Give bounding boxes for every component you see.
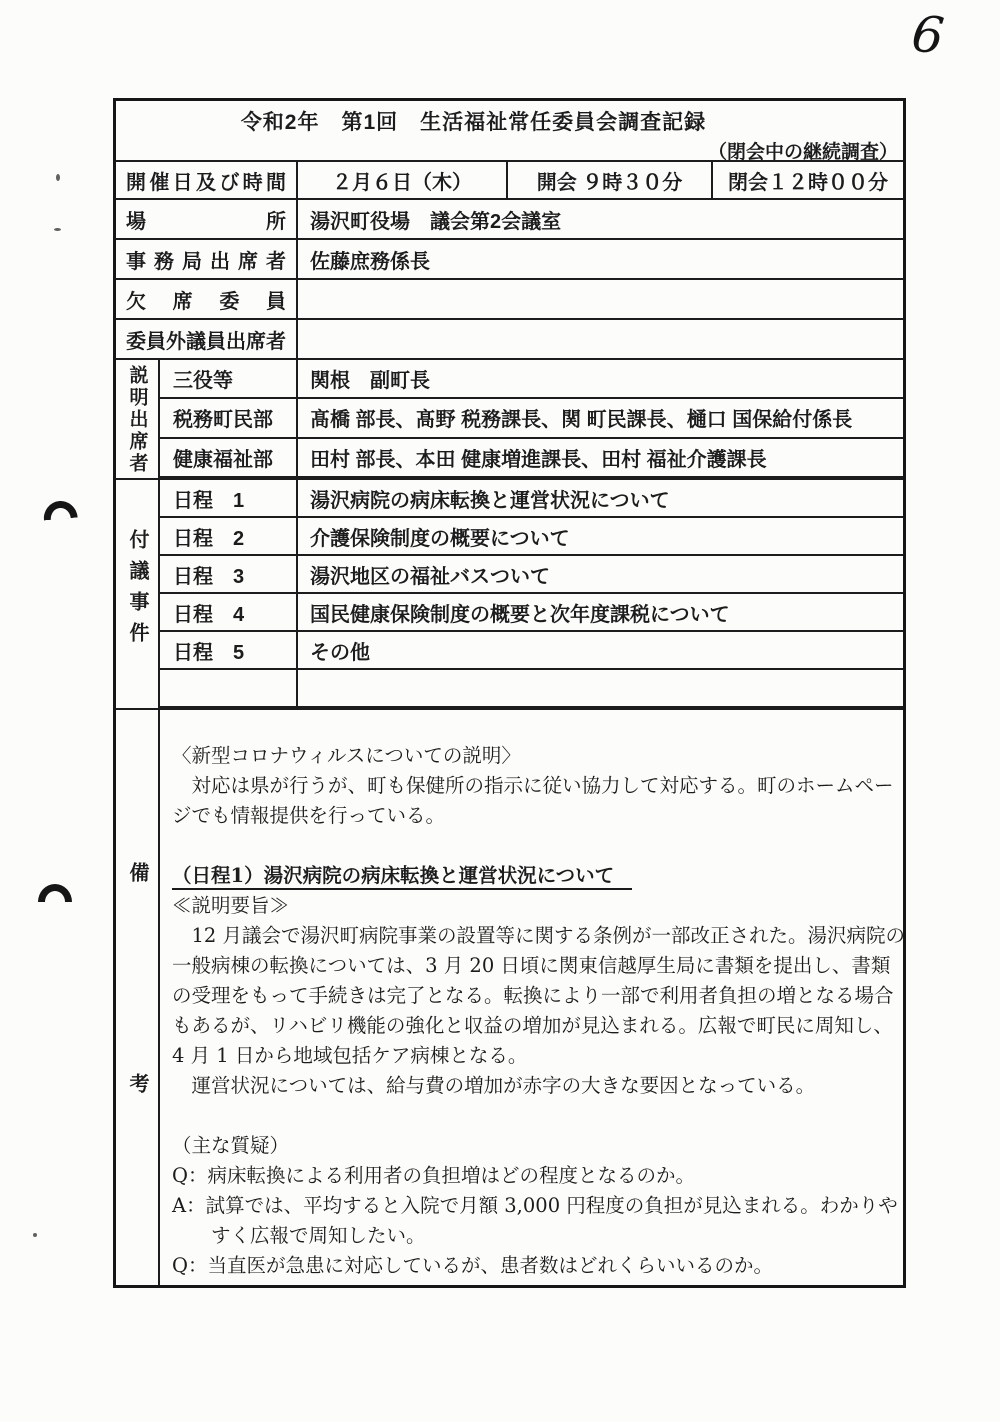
info-row-value: 湯沢町役場 議会第2会議室 [298,200,903,238]
remark-line-text: 運営状況については、給与費の増加が赤字の大きな要因となっている。 [172,1074,815,1097]
explainers-section: 説明出席者 三役等 関根 副町長 税務町民部 髙橋 部長、髙野 税務課長、関 町… [116,360,903,480]
remark-line-text: Q：病床転換による利用者の負担増はどの程度となるのか。 [172,1164,695,1187]
explainer-members: 髙橋 部長、髙野 税務課長、関 町民課長、樋口 国保給付係長 [298,399,903,436]
info-row-label-text: 場所 [126,205,286,234]
schedule-label: 開催日及び時間 [116,162,298,198]
committee-record-table: 令和2年 第1回 生活福祉常任委員会調査記録 （閉会中の継続調査） 開催日及び時… [113,98,906,1288]
info-row-label: 事務局出席者 [116,240,298,278]
agenda-item-row: 日程 1 湯沢病院の病床転換と運営状況について [160,480,903,518]
agenda-item-title: 湯沢地区の福祉バスついて [298,556,903,592]
agenda-item-title: 介護保険制度の概要について [298,518,903,554]
binding-mark-icon [42,500,77,521]
explainer-members: 関根 副町長 [298,360,903,397]
agenda-item-number: 日程 1 [160,480,298,516]
remarks-group-label: 備考 [116,710,160,1285]
remark-line-text: ≪説明要旨≫ [172,894,289,917]
remarks-section: 備考 〈新型コロナウィルスについての説明〉 対応は県が行うが、町も保健所の指示に… [116,710,903,1285]
agenda-group-label-text: 付議事件 [127,529,147,653]
explainer-category: 税務町民部 [160,399,298,436]
document-subtitle: （閉会中の継続調査） [116,137,903,164]
remark-line [172,1101,899,1131]
remark-line: 運営状況については、給与費の増加が赤字の大きな要因となっている。 [172,1071,899,1101]
info-row-label: 場所 [116,200,298,238]
explainers-group-label: 説明出席者 [116,360,160,478]
scan-speck [54,228,61,231]
agenda-item-title: その他 [298,632,903,668]
page-number: 6 [909,4,947,65]
scan-speck [56,174,60,181]
title-row: 令和2年 第1回 生活福祉常任委員会調査記録 （閉会中の継続調査） [116,101,903,162]
info-row-label-text: 事務局出席者 [126,245,286,274]
agenda-item-title [298,670,903,706]
document-page: 6 令和2年 第1回 生活福祉常任委員会調査記録 （閉会中の継続調査） 開催日及… [0,0,1000,1422]
remark-line: もあるが、リハビリ機能の強化と収益の増加が見込まれる。広報で町民に周知し、 [172,1011,899,1041]
remark-line: Q：当直医が急患に対応しているが、患者数はどれくらいいるのか。 [172,1251,899,1281]
remark-line: Q：病床転換による利用者の負担増はどの程度となるのか。 [172,1161,899,1191]
remark-line: ジでも情報提供を行っている。 [172,801,899,831]
remark-line-text: 〈新型コロナウィルスについての説明〉 [172,744,521,767]
remark-line: 対応は県が行うが、町も保健所の指示に従い協力して対応する。町のホームペー [172,771,899,801]
agenda-item-number: 日程 2 [160,518,298,554]
explainer-row: 三役等 関根 副町長 [160,360,903,399]
info-row-label-text: 欠席委員 [126,285,286,314]
meeting-open-time: 開会 ９時３０分 [508,162,713,198]
explainer-members: 田村 部長、本田 健康増進課長、田村 福祉介護課長 [298,439,903,476]
remark-line-text: Q：当直医が急患に対応しているが、患者数はどれくらいいるのか。 [172,1254,773,1277]
scan-speck [33,1233,37,1237]
remark-line-text: すく広報で周知したい。 [172,1224,426,1247]
explainer-rows: 三役等 関根 副町長 税務町民部 髙橋 部長、髙野 税務課長、関 町民課長、樋口… [160,360,903,478]
remark-line: 〈新型コロナウィルスについての説明〉 [172,741,899,771]
remark-line-text: の受理をもって手続きは完了となる。転換により一部で利用者負担の増となる場合 [172,984,894,1007]
agenda-section: 付議事件 日程 1 湯沢病院の病床転換と運営状況について 日程 2 介護保険制度… [116,480,903,710]
remarks-group-label-text: 備考 [127,862,147,1284]
meeting-close-time: 閉会１２時００分 [713,162,903,198]
agenda-item-number [160,670,298,706]
remark-line: すく広報で周知したい。 [172,1221,899,1251]
agenda-item-row: 日程 2 介護保険制度の概要について [160,518,903,556]
remark-line-text: 4 月 1 日から地域包括ケア病棟となる。 [172,1044,527,1067]
agenda-item-title: 湯沢病院の病床転換と運営状況について [298,480,903,516]
remark-line: 12 月議会で湯沢町病院事業の設置等に関する条例が一部改正された。湯沢病院の [172,921,899,951]
info-rows: 場所 湯沢町役場 議会第2会議室 事務局出席者 佐藤庶務係長 欠席委員 [116,200,903,360]
remark-line-text: 対応は県が行うが、町も保健所の指示に従い協力して対応する。町のホームペー [172,774,894,797]
explainer-category: 三役等 [160,360,298,397]
remarks-content: 〈新型コロナウィルスについての説明〉 対応は県が行うが、町も保健所の指示に従い協… [160,710,903,1285]
schedule-row: 開催日及び時間 ２月６日（木） 開会 ９時３０分 閉会１２時００分 [116,162,903,200]
remark-line: （日程1）湯沢病院の病床転換と運営状況について [172,861,899,891]
explainer-category: 健康福祉部 [160,439,298,476]
agenda-item-number: 日程 5 [160,632,298,668]
remark-line-text: 12 月議会で湯沢町病院事業の設置等に関する条例が一部改正された。湯沢病院の [172,924,903,947]
info-row-label: 委員外議員出席者 [116,320,298,358]
info-row: 場所 湯沢町役場 議会第2会議室 [116,200,903,240]
explainers-group-label-text: 説明出席者 [128,365,147,475]
remark-line: ≪説明要旨≫ [172,891,899,921]
agenda-item-row [160,670,903,708]
explainer-row: 税務町民部 髙橋 部長、髙野 税務課長、関 町民課長、樋口 国保給付係長 [160,399,903,438]
info-row: 委員外議員出席者 [116,320,903,360]
meeting-date: ２月６日（木） [298,162,508,198]
agenda-item-number: 日程 3 [160,556,298,592]
remark-line-text: （日程1）湯沢病院の病床転換と運営状況について [172,864,632,890]
remark-line: の受理をもって手続きは完了となる。転換により一部で利用者負担の増となる場合 [172,981,899,1011]
info-row-value: 佐藤庶務係長 [298,240,903,278]
remark-line-text: A：試算では、平均すると入院で月額 3,000 円程度の負担が見込まれる。わかり… [172,1194,898,1217]
agenda-group-label: 付議事件 [116,480,160,708]
info-row-label: 欠席委員 [116,280,298,318]
remark-line-text: （主な質疑） [172,1134,289,1157]
remark-line: A：試算では、平均すると入院で月額 3,000 円程度の負担が見込まれる。わかり… [172,1191,899,1221]
info-row: 欠席委員 [116,280,903,320]
agenda-rows: 日程 1 湯沢病院の病床転換と運営状況について 日程 2 介護保険制度の概要につ… [160,480,903,708]
info-row-value [298,280,903,318]
remark-line-text: ジでも情報提供を行っている。 [172,804,445,827]
remark-line: 一般病棟の転換については、3 月 20 日頃に関東信越厚生局に書類を提出し、書類 [172,951,899,981]
schedule-label-text: 開催日及び時間 [126,166,286,195]
info-row-label-text: 委員外議員出席者 [126,325,286,354]
agenda-item-row: 日程 4 国民健康保険制度の概要と次年度課税について [160,594,903,632]
agenda-item-row: 日程 5 その他 [160,632,903,670]
explainer-row: 健康福祉部 田村 部長、本田 健康増進課長、田村 福祉介護課長 [160,439,903,478]
agenda-item-number: 日程 4 [160,594,298,630]
agenda-item-title: 国民健康保険制度の概要と次年度課税について [298,594,903,630]
remark-line: 4 月 1 日から地域包括ケア病棟となる。 [172,1041,899,1071]
remark-line-text: もあるが、リハビリ機能の強化と収益の増加が見込まれる。広報で町民に周知し、 [172,1014,893,1037]
info-row: 事務局出席者 佐藤庶務係長 [116,240,903,280]
binding-mark-icon [38,884,72,902]
agenda-item-row: 日程 3 湯沢地区の福祉バスついて [160,556,903,594]
remark-line-text: 一般病棟の転換については、3 月 20 日頃に関東信越厚生局に書類を提出し、書類 [172,954,890,977]
remark-line: （主な質疑） [172,1131,899,1161]
info-row-value [298,320,903,358]
remark-line [172,831,899,861]
document-title: 令和2年 第1回 生活福祉常任委員会調査記録 [116,106,903,136]
